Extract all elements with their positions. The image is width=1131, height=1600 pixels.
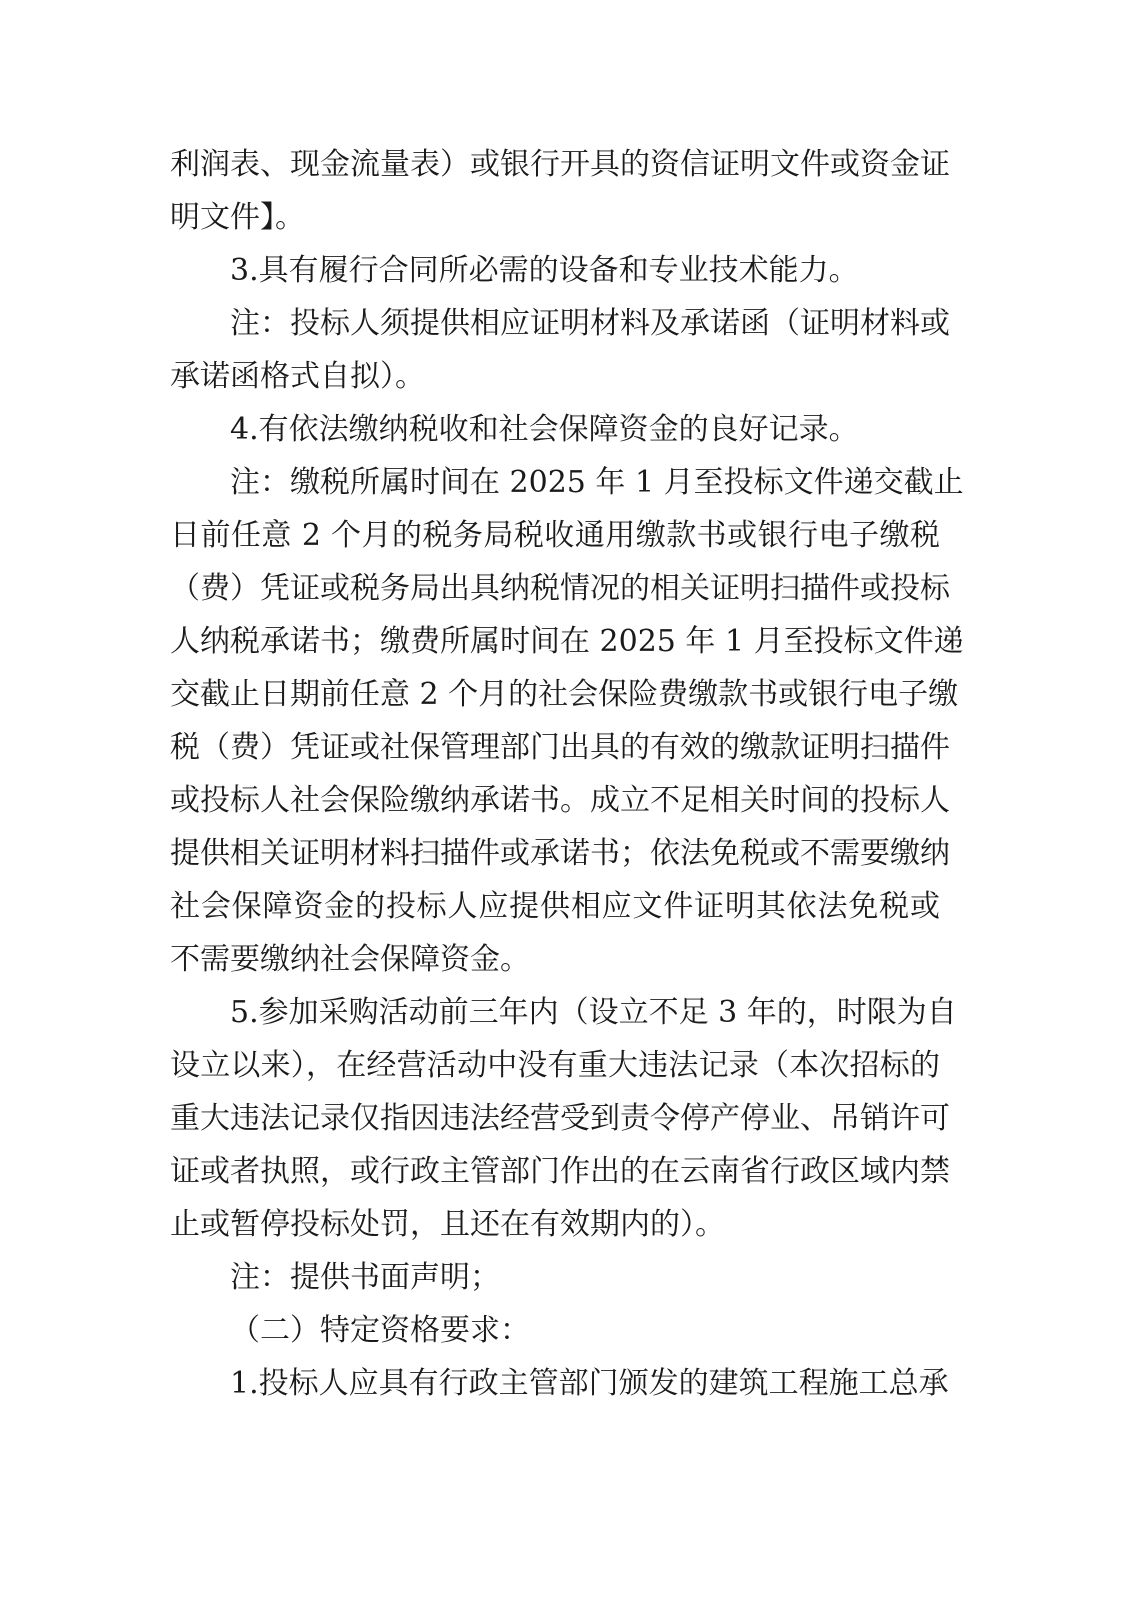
note-line: 注：投标人须提供相应证明材料及承诺函（证明材料或	[230, 304, 940, 344]
text-line: 设立以来），在经营活动中没有重大违法记录（本次招标的	[170, 1046, 940, 1086]
section-heading-specific-qualifications: （二）特定资格要求：	[230, 1311, 940, 1351]
note-line: 注：提供书面声明；	[230, 1258, 940, 1298]
text-line: 承诺函格式自拟）。	[170, 357, 940, 397]
text-line: （费）凭证或税务局出具纳税情况的相关证明扫描件或投标	[170, 569, 940, 609]
text-line: 明文件】。	[170, 198, 940, 238]
requirement-5: 5.参加采购活动前三年内（设立不足 3 年的，时限为自	[230, 993, 940, 1033]
text-line: 税（费）凭证或社保管理部门出具的有效的缴款证明扫描件	[170, 728, 940, 768]
document-page: 利润表、现金流量表）或银行开具的资信证明文件或资金证 明文件】。 3.具有履行合…	[0, 0, 1131, 1600]
text-line: 交截止日期前任意 2 个月的社会保险费缴款书或银行电子缴	[170, 675, 940, 715]
text-line: 利润表、现金流量表）或银行开具的资信证明文件或资金证	[170, 145, 940, 185]
text-line: 社会保障资金的投标人应提供相应文件证明其依法免税或	[170, 887, 940, 927]
requirement-4: 4.有依法缴纳税收和社会保障资金的良好记录。	[230, 410, 940, 450]
specific-requirement-1: 1.投标人应具有行政主管部门颁发的建筑工程施工总承	[230, 1364, 940, 1404]
text-line: 不需要缴纳社会保障资金。	[170, 940, 940, 980]
text-line: 提供相关证明材料扫描件或承诺书；依法免税或不需要缴纳	[170, 834, 940, 874]
text-line: 日前任意 2 个月的税务局税收通用缴款书或银行电子缴税	[170, 516, 940, 556]
text-line: 止或暂停投标处罚，且还在有效期内的）。	[170, 1205, 940, 1245]
text-line: 人纳税承诺书；缴费所属时间在 2025 年 1 月至投标文件递	[170, 622, 940, 662]
text-line: 证或者执照，或行政主管部门作出的在云南省行政区域内禁	[170, 1152, 940, 1192]
requirement-3: 3.具有履行合同所必需的设备和专业技术能力。	[230, 251, 940, 291]
text-line: 或投标人社会保险缴纳承诺书。成立不足相关时间的投标人	[170, 781, 940, 821]
text-line: 重大违法记录仅指因违法经营受到责令停产停业、吊销许可	[170, 1099, 940, 1139]
note-line: 注：缴税所属时间在 2025 年 1 月至投标文件递交截止	[230, 463, 940, 503]
